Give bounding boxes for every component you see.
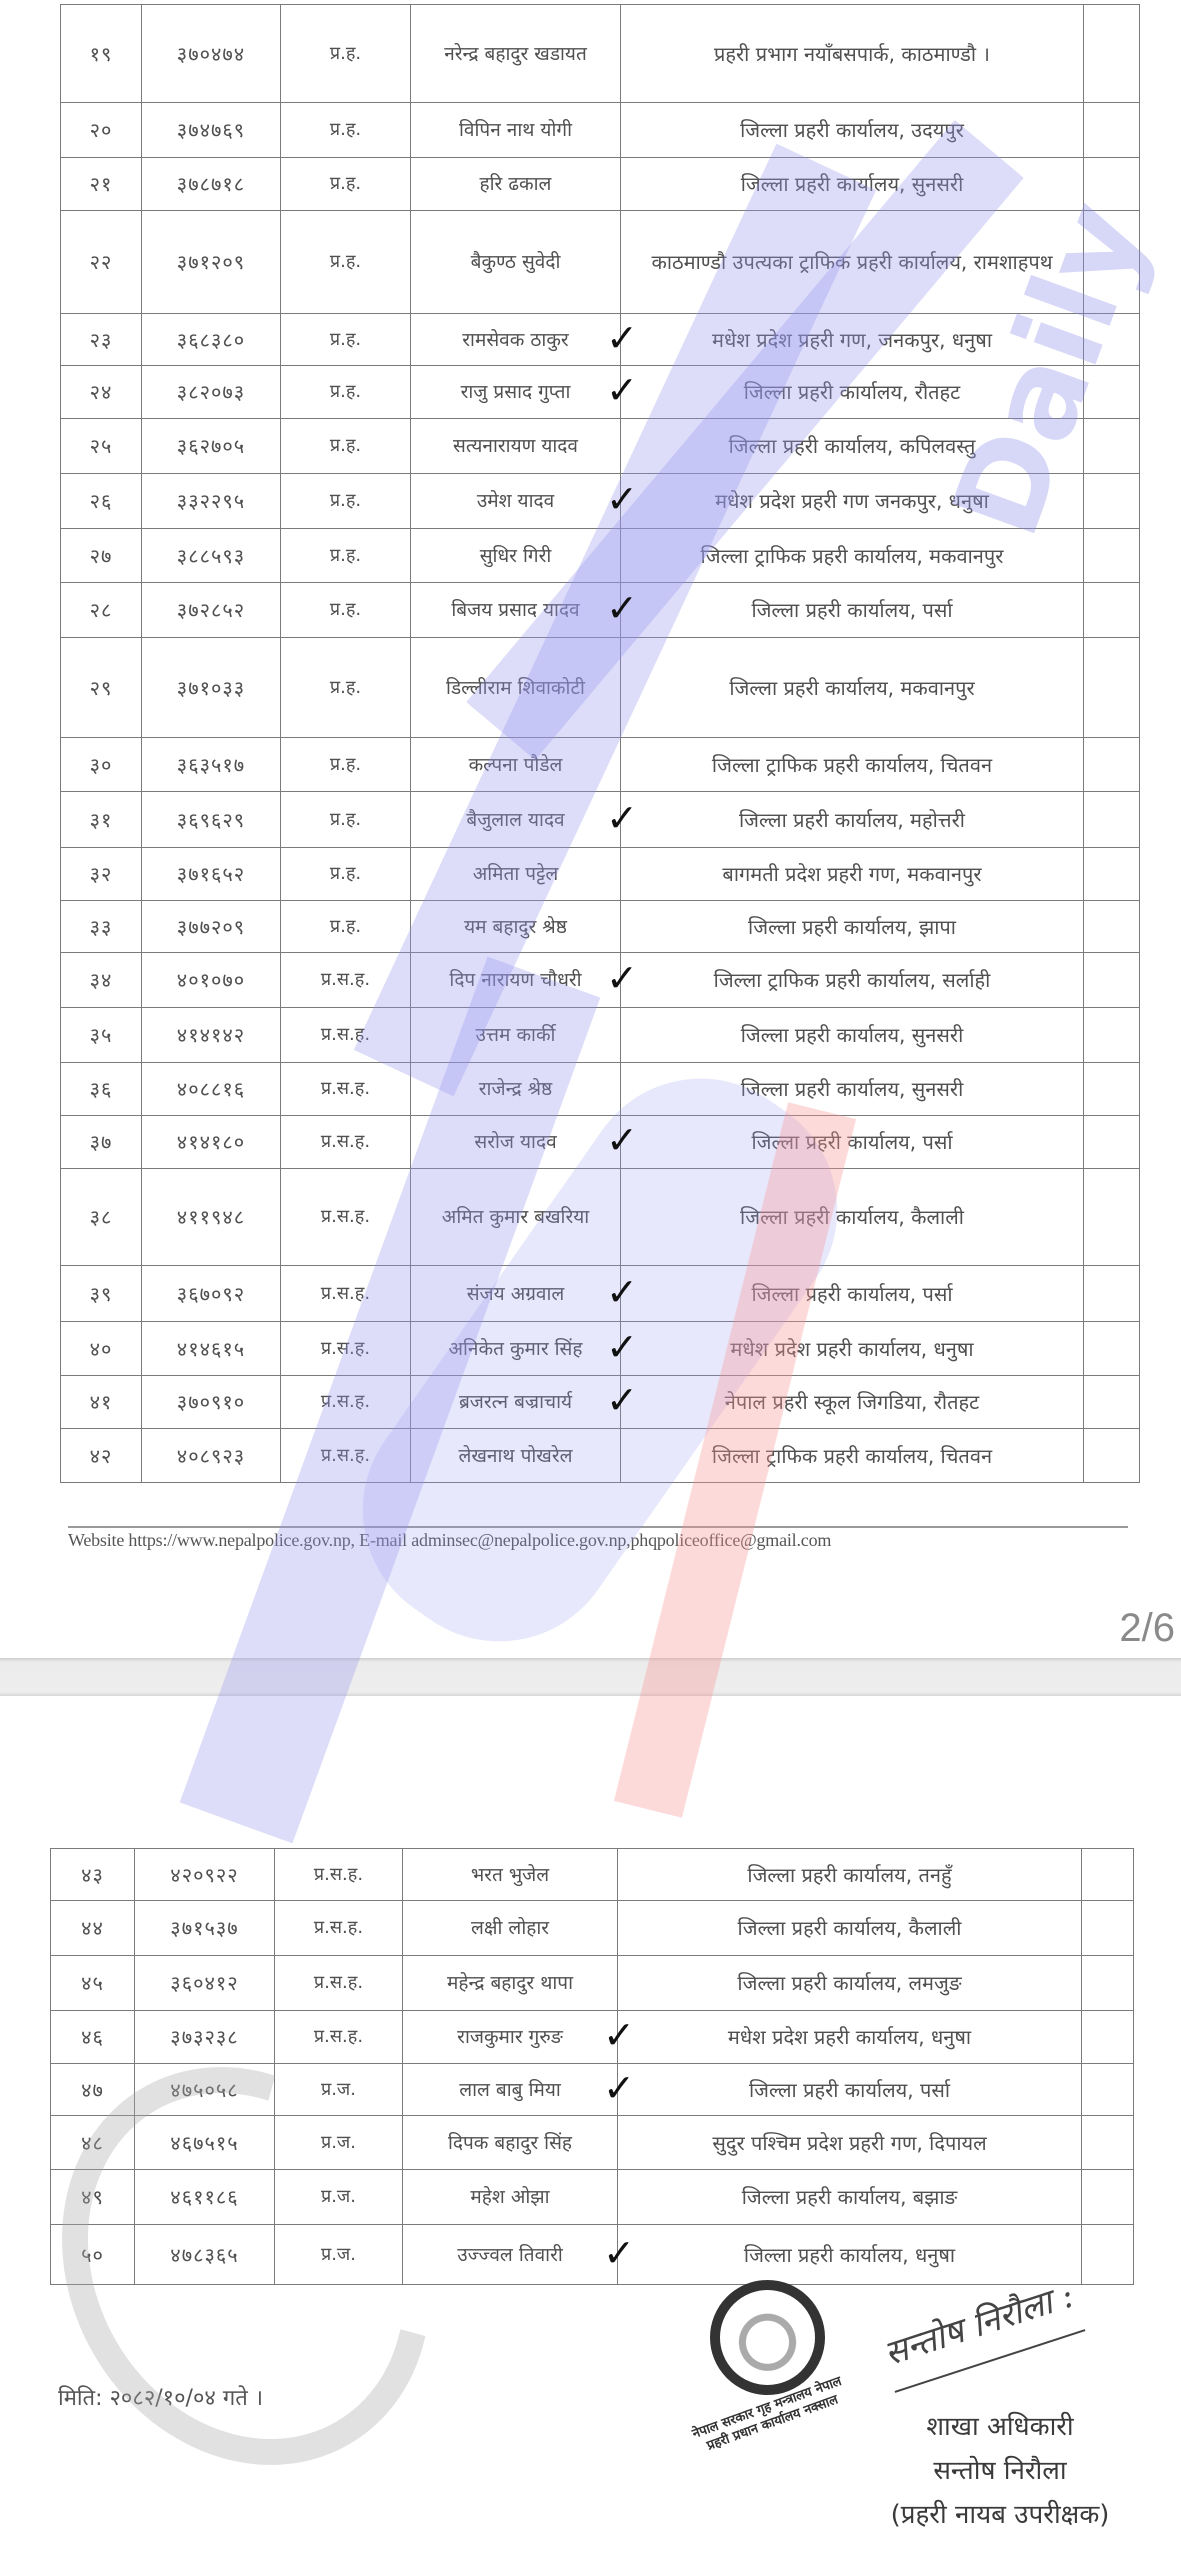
remarks-cell (1084, 1063, 1140, 1116)
serial-number-cell: ३० (61, 738, 142, 792)
office-cell: मधेश प्रदेश प्रहरी कार्यालय, धनुषा (618, 2011, 1082, 2064)
office-cell: जिल्ला प्रहरी कार्यालय, सुनसरी (621, 1008, 1084, 1063)
office-cell: जिल्ला प्रहरी कार्यालय, सुनसरी (621, 1063, 1084, 1116)
remarks-cell (1084, 103, 1140, 158)
office-cell: जिल्ला प्रहरी कार्यालय, महोत्तरी (621, 792, 1084, 848)
rank-cell: प्र.ह. (281, 529, 411, 583)
serial-number-cell: ४३ (51, 1849, 135, 1901)
name-cell: विपिन नाथ योगी (411, 103, 621, 158)
name-cell: उत्तम कार्की (411, 1008, 621, 1063)
remarks-cell (1084, 792, 1140, 848)
personnel-id-cell: ३६९६२९ (142, 792, 281, 848)
serial-number-cell: ४२ (61, 1429, 142, 1483)
name-cell: बैजुलाल यादव✓ (411, 792, 621, 848)
checkmark-icon: ✓ (606, 319, 638, 357)
serial-number-cell: ३३ (61, 901, 142, 953)
office-cell: जिल्ला प्रहरी कार्यालय, पर्सा (621, 583, 1084, 638)
remarks-cell (1082, 2011, 1134, 2064)
name-text: बिजय प्रसाद यादव (451, 599, 579, 621)
serial-number-cell: ४१ (61, 1376, 142, 1429)
serial-number-cell: ३४ (61, 953, 142, 1008)
remarks-cell (1084, 1008, 1140, 1063)
remarks-cell (1082, 2170, 1134, 2225)
checkmark-icon: ✓ (606, 589, 638, 627)
table-row: ४२४०८९२३प्र.स.ह.लेखनाथ पोखरेलजिल्ला ट्रा… (61, 1429, 1140, 1483)
serial-number-cell: २८ (61, 583, 142, 638)
personnel-id-cell: ४०८८१६ (142, 1063, 281, 1116)
personnel-id-cell: ३७३२३८ (135, 2011, 275, 2064)
serial-number-cell: २७ (61, 529, 142, 583)
serial-number-cell: ३५ (61, 1008, 142, 1063)
remarks-cell (1084, 529, 1140, 583)
name-text: रामसेवक ठाकुर (462, 329, 568, 351)
name-text: दिप नारायण चौधरी (449, 969, 581, 991)
rank-cell: प्र.ह. (281, 638, 411, 738)
name-cell: लेखनाथ पोखरेल (411, 1429, 621, 1483)
rank-cell: प्र.स.ह. (275, 2011, 403, 2064)
rank-cell: प्र.ह. (281, 738, 411, 792)
personnel-id-cell: ४०१०७० (142, 953, 281, 1008)
office-cell: सुदुर पश्चिम प्रदेश प्रहरी गण, दिपायल (618, 2116, 1082, 2170)
remarks-cell (1084, 1266, 1140, 1322)
remarks-cell (1082, 1901, 1134, 1956)
personnel-id-cell: ३६८३८० (142, 314, 281, 366)
office-cell: मधेश प्रदेश प्रहरी गण जनकपुर, धनुषा (621, 474, 1084, 529)
office-cell: जिल्ला प्रहरी कार्यालय, मकवानपुर (621, 638, 1084, 738)
checkmark-icon: ✓ (606, 1381, 638, 1419)
table-row: २३३६८३८०प्र.ह.रामसेवक ठाकुर✓मधेश प्रदेश … (61, 314, 1140, 366)
office-cell: जिल्ला प्रहरी कार्यालय, कैलाली (621, 1169, 1084, 1266)
table-row: ४५३६०४१२प्र.स.ह.महेन्द्र बहादुर थापाजिल्… (51, 1956, 1134, 2011)
remarks-cell (1084, 738, 1140, 792)
serial-number-cell: १९ (61, 5, 142, 103)
remarks-cell (1084, 953, 1140, 1008)
personnel-id-cell: ३६०४१२ (135, 1956, 275, 2011)
table-row: ३५४१४१४२प्र.स.ह.उत्तम कार्कीजिल्ला प्रहर… (61, 1008, 1140, 1063)
name-text: राजकुमार गुरुङ (457, 2026, 563, 2048)
footer-divider (68, 1526, 1128, 1528)
serial-number-cell: ३९ (61, 1266, 142, 1322)
name-cell: ब्रजरत्न बज्राचार्य✓ (411, 1376, 621, 1429)
office-cell: मधेश प्रदेश प्रहरी गण, जनकपुर, धनुषा (621, 314, 1084, 366)
rank-cell: प्र.ह. (281, 474, 411, 529)
remarks-cell (1084, 158, 1140, 211)
office-cell: जिल्ला प्रहरी कार्यालय, पर्सा (618, 2064, 1082, 2116)
name-cell: सत्यनारायण यादव (411, 419, 621, 474)
remarks-cell (1082, 1849, 1134, 1901)
personnel-id-cell: ४११९४८ (142, 1169, 281, 1266)
table-row: ३३३७७२०९प्र.ह.यम बहादुर श्रेष्ठजिल्ला प्… (61, 901, 1140, 953)
office-cell: जिल्ला प्रहरी कार्यालय, कपिलवस्तु (621, 419, 1084, 474)
remarks-cell (1084, 5, 1140, 103)
serial-number-cell: ३२ (61, 848, 142, 901)
name-cell: सरोज यादव✓ (411, 1116, 621, 1169)
rank-cell: प्र.ह. (281, 792, 411, 848)
name-cell: महेन्द्र बहादुर थापा (403, 1956, 618, 2011)
name-text: अनिकेत कुमार सिंह (449, 1338, 583, 1360)
serial-number-cell: ३८ (61, 1169, 142, 1266)
table-row: ३६४०८८१६प्र.स.ह.राजेन्द्र श्रेष्ठजिल्ला … (61, 1063, 1140, 1116)
personnel-id-cell: ३७०४७४ (142, 5, 281, 103)
office-cell: जिल्ला प्रहरी कार्यालय, उदयपुर (621, 103, 1084, 158)
personnel-id-cell: ३७१६५२ (142, 848, 281, 901)
name-text: राजु प्रसाद गुप्ता (461, 381, 571, 403)
serial-number-cell: २६ (61, 474, 142, 529)
name-cell: अमिता पट्टेल (411, 848, 621, 901)
personnel-id-cell: ४१४१४२ (142, 1008, 281, 1063)
rank-cell: प्र.स.ह. (281, 953, 411, 1008)
table-row: २१३७८७१८प्र.ह.हरि ढकालजिल्ला प्रहरी कार्… (61, 158, 1140, 211)
serial-number-cell: ३६ (61, 1063, 142, 1116)
office-cell: जिल्ला प्रहरी कार्यालय, पर्सा (621, 1266, 1084, 1322)
name-cell: डिल्लीराम शिवाकोटी (411, 638, 621, 738)
name-text: लाल बाबु मिया (459, 2079, 561, 2101)
rank-cell: प्र.स.ह. (275, 1849, 403, 1901)
personnel-id-cell: ३६३५१७ (142, 738, 281, 792)
table-row: ४४३७१५३७प्र.स.ह.लक्षी लोहारजिल्ला प्रहरी… (51, 1901, 1134, 1956)
personnel-id-cell: ३७१५३७ (135, 1901, 275, 1956)
name-text: संजय अग्रवाल (467, 1283, 565, 1305)
office-cell: जिल्ला ट्राफिक प्रहरी कार्यालय, चितवन (621, 1429, 1084, 1483)
name-cell: उज्ज्वल तिवारी✓ (403, 2225, 618, 2285)
checkmark-icon: ✓ (603, 2069, 635, 2107)
checkmark-icon: ✓ (606, 371, 638, 409)
office-cell: काठमाण्डौ उपत्यका ट्राफिक प्रहरी कार्याल… (621, 211, 1084, 314)
page-indicator: 2/6 (1119, 1606, 1175, 1651)
personnel-id-cell: ४१४६१५ (142, 1322, 281, 1376)
name-text: उज्ज्वल तिवारी (457, 2244, 563, 2266)
name-cell: राजेन्द्र श्रेष्ठ (411, 1063, 621, 1116)
personnel-id-cell: ३८८५९३ (142, 529, 281, 583)
rank-cell: प्र.स.ह. (275, 1956, 403, 2011)
table-row: २५३६२७०५प्र.ह.सत्यनारायण यादवजिल्ला प्रह… (61, 419, 1140, 474)
checkmark-icon: ✓ (606, 480, 638, 518)
table-row: २७३८८५९३प्र.ह.सुधिर गिरीजिल्ला ट्राफिक प… (61, 529, 1140, 583)
personnel-id-cell: ३८२०७३ (142, 366, 281, 419)
remarks-cell (1084, 1429, 1140, 1483)
personnel-id-cell: ३७८७१८ (142, 158, 281, 211)
remarks-cell (1084, 1169, 1140, 1266)
rank-cell: प्र.ह. (281, 583, 411, 638)
name-cell: कल्पना पौडेल (411, 738, 621, 792)
office-cell: जिल्ला प्रहरी कार्यालय, तनहुँ (618, 1849, 1082, 1901)
remarks-cell (1084, 583, 1140, 638)
table-row: २२३७१२०९प्र.ह.बैकुण्ठ सुवेदीकाठमाण्डौ उप… (61, 211, 1140, 314)
name-cell: संजय अग्रवाल✓ (411, 1266, 621, 1322)
name-cell: बैकुण्ठ सुवेदी (411, 211, 621, 314)
name-cell: महेश ओझा (403, 2170, 618, 2225)
personnel-id-cell: ३७१२०९ (142, 211, 281, 314)
remarks-cell (1084, 211, 1140, 314)
personnel-id-cell: ३६७०९२ (142, 1266, 281, 1322)
table-row: ३१३६९६२९प्र.ह.बैजुलाल यादव✓जिल्ला प्रहरी… (61, 792, 1140, 848)
name-cell: लाल बाबु मिया✓ (403, 2064, 618, 2116)
rank-cell: प्र.ह. (281, 103, 411, 158)
rank-cell: प्र.ह. (281, 366, 411, 419)
checkmark-icon: ✓ (603, 2234, 635, 2272)
name-cell: भरत भुजेल (403, 1849, 618, 1901)
rank-cell: प्र.ह. (281, 211, 411, 314)
personnel-table-page-1: १९३७०४७४प्र.ह.नरेन्द्र बहादुर खडायतप्रहर… (60, 4, 1140, 1483)
table-row: ३९३६७०९२प्र.स.ह.संजय अग्रवाल✓जिल्ला प्रह… (61, 1266, 1140, 1322)
table-row: ३७४१४१८०प्र.स.ह.सरोज यादव✓जिल्ला प्रहरी … (61, 1116, 1140, 1169)
serial-number-cell: २९ (61, 638, 142, 738)
table-row: २८३७२८५२प्र.ह.बिजय प्रसाद यादव✓जिल्ला प्… (61, 583, 1140, 638)
serial-number-cell: ३१ (61, 792, 142, 848)
personnel-id-cell: ३७०९१० (142, 1376, 281, 1429)
rank-cell: प्र.ह. (281, 848, 411, 901)
remarks-cell (1084, 848, 1140, 901)
rank-cell: प्र.ह. (281, 901, 411, 953)
table-row: ४६३७३२३८प्र.स.ह.राजकुमार गुरुङ✓मधेश प्रद… (51, 2011, 1134, 2064)
name-cell: राजु प्रसाद गुप्ता✓ (411, 366, 621, 419)
rank-cell: प्र.स.ह. (281, 1116, 411, 1169)
table-row: ४३४२०९२२प्र.स.ह.भरत भुजेलजिल्ला प्रहरी क… (51, 1849, 1134, 1901)
officer-details: शाखा अधिकारी सन्तोष निरौला (प्रहरी नायब … (840, 2405, 1160, 2537)
remarks-cell (1082, 2116, 1134, 2170)
office-cell: बागमती प्रदेश प्रहरी गण, मकवानपुर (621, 848, 1084, 901)
name-cell: अमित कुमार बखरिया (411, 1169, 621, 1266)
officer-name: सन्तोष निरौला (840, 2449, 1160, 2493)
table-row: २०३७४७६९प्र.ह.विपिन नाथ योगीजिल्ला प्रहर… (61, 103, 1140, 158)
rank-cell: प्र.ह. (281, 314, 411, 366)
official-stamp-icon (710, 2280, 825, 2395)
office-cell: जिल्ला प्रहरी कार्यालय, कैलाली (618, 1901, 1082, 1956)
rank-cell: प्र.स.ह. (275, 1901, 403, 1956)
office-cell: जिल्ला प्रहरी कार्यालय, झापा (621, 901, 1084, 953)
rank-cell: प्र.स.ह. (281, 1169, 411, 1266)
rank-cell: प्र.स.ह. (281, 1322, 411, 1376)
serial-number-cell: ४५ (51, 1956, 135, 2011)
table-row: ४०४१४६१५प्र.स.ह.अनिकेत कुमार सिंह✓मधेश प… (61, 1322, 1140, 1376)
name-cell: सुधिर गिरी (411, 529, 621, 583)
name-text: ब्रजरत्न बज्राचार्य (459, 1391, 572, 1413)
rank-cell: प्र.ह. (281, 419, 411, 474)
rank-cell: प्र.स.ह. (281, 1429, 411, 1483)
serial-number-cell: २१ (61, 158, 142, 211)
remarks-cell (1084, 474, 1140, 529)
rank-cell: प्र.स.ह. (281, 1008, 411, 1063)
rank-cell: प्र.स.ह. (281, 1266, 411, 1322)
remarks-cell (1084, 901, 1140, 953)
checkmark-icon: ✓ (603, 2016, 635, 2054)
officer-rank: (प्रहरी नायब उपरीक्षक) (840, 2493, 1160, 2537)
serial-number-cell: २० (61, 103, 142, 158)
checkmark-icon: ✓ (606, 959, 638, 997)
officer-title: शाखा अधिकारी (840, 2405, 1160, 2449)
table-row: ३४४०१०७०प्र.स.ह.दिप नारायण चौधरी✓जिल्ला … (61, 953, 1140, 1008)
table-row: ४१३७०९१०प्र.स.ह.ब्रजरत्न बज्राचार्य✓नेपा… (61, 1376, 1140, 1429)
rank-cell: प्र.स.ह. (281, 1376, 411, 1429)
office-cell: प्रहरी प्रभाग नयाँबसपार्क, काठमाण्डौ । (621, 5, 1084, 103)
office-cell: जिल्ला ट्राफिक प्रहरी कार्यालय, मकवानपुर (621, 529, 1084, 583)
serial-number-cell: २४ (61, 366, 142, 419)
remarks-cell (1082, 2064, 1134, 2116)
handwritten-signature: सन्तोष निरौला : (878, 2271, 1079, 2376)
serial-number-cell: ३७ (61, 1116, 142, 1169)
name-cell: लक्षी लोहार (403, 1901, 618, 1956)
page-separator (0, 1658, 1181, 1696)
office-cell: जिल्ला ट्राफिक प्रहरी कार्यालय, चितवन (621, 738, 1084, 792)
table-row: २६३३२२९५प्र.ह.उमेश यादव✓मधेश प्रदेश प्रह… (61, 474, 1140, 529)
personnel-id-cell: ४०८९२३ (142, 1429, 281, 1483)
remarks-cell (1084, 1376, 1140, 1429)
table-row: २९३७१०३३प्र.ह.डिल्लीराम शिवाकोटीजिल्ला प… (61, 638, 1140, 738)
name-cell: अनिकेत कुमार सिंह✓ (411, 1322, 621, 1376)
rank-cell: प्र.स.ह. (281, 1063, 411, 1116)
personnel-id-cell: ३६२७०५ (142, 419, 281, 474)
office-cell: जिल्ला प्रहरी कार्यालय, पर्सा (621, 1116, 1084, 1169)
remarks-cell (1084, 638, 1140, 738)
name-cell: दिपक बहादुर सिंह (403, 2116, 618, 2170)
office-cell: जिल्ला प्रहरी कार्यालय, रौतहट (621, 366, 1084, 419)
serial-number-cell: ४० (61, 1322, 142, 1376)
personnel-id-cell: ३७२८५२ (142, 583, 281, 638)
office-cell: मधेश प्रदेश प्रहरी कार्यालय, धनुषा (621, 1322, 1084, 1376)
remarks-cell (1084, 1322, 1140, 1376)
personnel-id-cell: ३७४७६९ (142, 103, 281, 158)
personnel-id-cell: ४२०९२२ (135, 1849, 275, 1901)
office-cell: जिल्ला ट्राफिक प्रहरी कार्यालय, सर्लाही (621, 953, 1084, 1008)
name-cell: रामसेवक ठाकुर✓ (411, 314, 621, 366)
checkmark-icon: ✓ (606, 1121, 638, 1159)
name-cell: राजकुमार गुरुङ✓ (403, 2011, 618, 2064)
serial-number-cell: ४६ (51, 2011, 135, 2064)
office-cell: जिल्ला प्रहरी कार्यालय, लमजुङ (618, 1956, 1082, 2011)
remarks-cell (1082, 1956, 1134, 2011)
office-cell: जिल्ला प्रहरी कार्यालय, सुनसरी (621, 158, 1084, 211)
rank-cell: प्र.ह. (281, 158, 411, 211)
office-cell: जिल्ला प्रहरी कार्यालय, बझाङ (618, 2170, 1082, 2225)
footer-website: Website https://www.nepalpolice.gov.np, … (68, 1530, 1138, 1551)
personnel-id-cell: ३७७२०९ (142, 901, 281, 953)
name-cell: उमेश यादव✓ (411, 474, 621, 529)
table-row: ३२३७१६५२प्र.ह.अमिता पट्टेलबागमती प्रदेश … (61, 848, 1140, 901)
rank-cell: प्र.ह. (281, 5, 411, 103)
checkmark-icon: ✓ (606, 1328, 638, 1366)
name-text: बैजुलाल यादव (466, 809, 564, 831)
name-cell: दिप नारायण चौधरी✓ (411, 953, 621, 1008)
office-cell: नेपाल प्रहरी स्कूल जिगडिया, रौतहट (621, 1376, 1084, 1429)
personnel-id-cell: ३७१०३३ (142, 638, 281, 738)
personnel-id-cell: ३३२२९५ (142, 474, 281, 529)
table-row: ३०३६३५१७प्र.ह.कल्पना पौडेलजिल्ला ट्राफिक… (61, 738, 1140, 792)
name-cell: यम बहादुर श्रेष्ठ (411, 901, 621, 953)
remarks-cell (1084, 1116, 1140, 1169)
remarks-cell (1084, 366, 1140, 419)
serial-number-cell: ४४ (51, 1901, 135, 1956)
remarks-cell (1084, 314, 1140, 366)
name-cell: बिजय प्रसाद यादव✓ (411, 583, 621, 638)
serial-number-cell: २३ (61, 314, 142, 366)
name-text: सरोज यादव (474, 1131, 556, 1153)
table-row: १९३७०४७४प्र.ह.नरेन्द्र बहादुर खडायतप्रहर… (61, 5, 1140, 103)
signature-block: नेपाल सरकार गृह मन्त्रालय नेपाल प्रहरी प… (690, 2270, 1170, 2530)
table-row: ३८४११९४८प्र.स.ह.अमित कुमार बखरियाजिल्ला … (61, 1169, 1140, 1266)
checkmark-icon: ✓ (606, 799, 638, 837)
remarks-cell (1084, 419, 1140, 474)
serial-number-cell: २५ (61, 419, 142, 474)
personnel-id-cell: ४१४१८० (142, 1116, 281, 1169)
table-row: २४३८२०७३प्र.ह.राजु प्रसाद गुप्ता✓जिल्ला … (61, 366, 1140, 419)
serial-number-cell: २२ (61, 211, 142, 314)
name-cell: हरि ढकाल (411, 158, 621, 211)
checkmark-icon: ✓ (606, 1273, 638, 1311)
name-text: उमेश यादव (477, 490, 554, 512)
name-cell: नरेन्द्र बहादुर खडायत (411, 5, 621, 103)
